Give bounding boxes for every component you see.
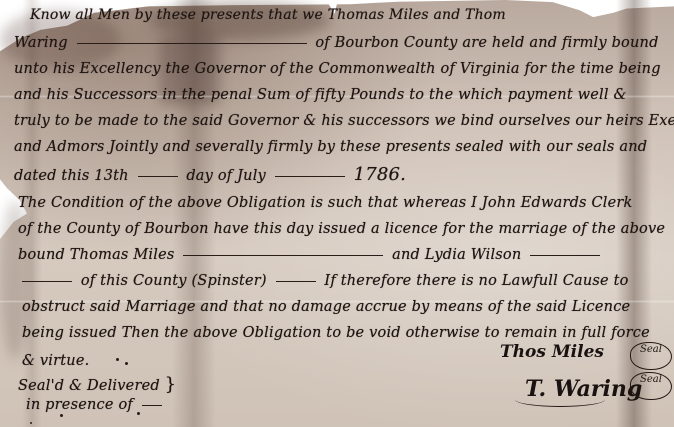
- ink-speck: [60, 414, 63, 417]
- text-line-5: truly to be made to the said Governor & …: [14, 114, 674, 129]
- signature-thos-miles: Thos Miles: [500, 342, 604, 362]
- text-line-15: Seal'd & Delivered }: [18, 376, 176, 394]
- ink-speck: [30, 422, 32, 424]
- seal-1: Seal: [630, 342, 672, 370]
- text-line-9: of the County of Bourbon have this day i…: [18, 222, 665, 237]
- blank-line: [530, 255, 600, 256]
- blank-line: [77, 43, 307, 44]
- text-line-8: The Condition of the above Obligation is…: [18, 196, 633, 211]
- ink-speck: [137, 412, 140, 415]
- ink-speck: [116, 358, 119, 361]
- document-page: Know all Men by these presents that we T…: [0, 0, 674, 427]
- signature-flourish: [515, 392, 605, 407]
- text-line-4: and his Successors in the penal Sum of f…: [14, 88, 627, 103]
- text-line-3: unto his Excellency the Governor of the …: [14, 62, 661, 77]
- text-line-6: and Admors Jointly and severally firmly …: [14, 140, 647, 155]
- text-line-10: bound Thomas Miles and Lydia Wilson: [18, 248, 604, 263]
- blank-line: [183, 255, 383, 256]
- blank-line: [22, 281, 72, 282]
- blank-line: [138, 176, 178, 177]
- text-line-14: & virtue.: [22, 354, 89, 369]
- text-line-1: Know all Men by these presents that we T…: [30, 8, 506, 22]
- ink-speck: [125, 362, 128, 365]
- text-line-16: in presence of: [26, 398, 166, 413]
- blank-line: [276, 281, 316, 282]
- text-line-2: Waring of Bourbon County are held and fi…: [14, 36, 659, 51]
- text-line-7: dated this 13th day of July 1786.: [14, 166, 406, 184]
- text-line-13: being issued Then the above Obligation t…: [22, 326, 650, 341]
- blank-line: [142, 405, 162, 406]
- text-line-11: of this County (Spinster) If therefore t…: [18, 274, 629, 289]
- blank-line: [275, 176, 345, 177]
- text-line-12: obstruct said Marriage and that no damag…: [22, 300, 630, 315]
- seal-2: Seal: [630, 372, 672, 400]
